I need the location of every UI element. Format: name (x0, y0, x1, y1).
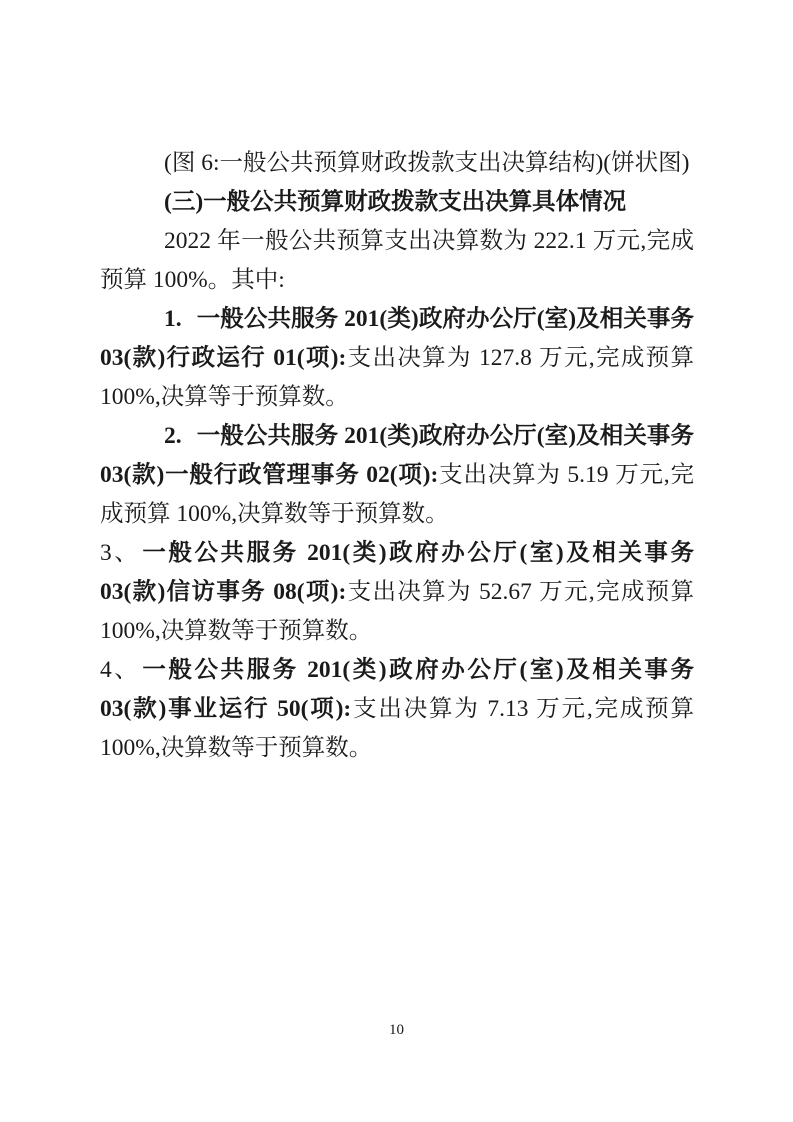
item-3-number: 3、 (100, 540, 140, 566)
item-1-number: 1. (164, 306, 182, 332)
document-content: (图 6:一般公共预算财政拨款支出决算结构)(饼状图) (三)一般公共预算财政拨… (100, 144, 694, 768)
budget-item-4: 4、一般公共服务 201(类)政府办公厅(室)及相关事务 03(款)事业运行 5… (100, 651, 694, 768)
section-heading: (三)一般公共预算财政拨款支出决算具体情况 (100, 183, 694, 222)
item-2-number: 2. (164, 423, 182, 449)
budget-item-1: 1.一般公共服务 201(类)政府办公厅(室)及相关事务 03(款)行政运行 0… (100, 300, 694, 417)
intro-paragraph: 2022 年一般公共预算支出决算数为 222.1 万元,完成预算 100%。其中… (100, 222, 694, 300)
budget-item-3: 3、一般公共服务 201(类)政府办公厅(室)及相关事务 03(款)信访事务 0… (100, 534, 694, 651)
document-page: (图 6:一般公共预算财政拨款支出决算结构)(饼状图) (三)一般公共预算财政拨… (0, 0, 793, 1122)
budget-item-2: 2.一般公共服务 201(类)政府办公厅(室)及相关事务 03(款)一般行政管理… (100, 417, 694, 534)
figure-caption: (图 6:一般公共预算财政拨款支出决算结构)(饼状图) (100, 144, 694, 183)
page-number: 10 (0, 1022, 793, 1039)
item-4-number: 4、 (100, 657, 140, 683)
